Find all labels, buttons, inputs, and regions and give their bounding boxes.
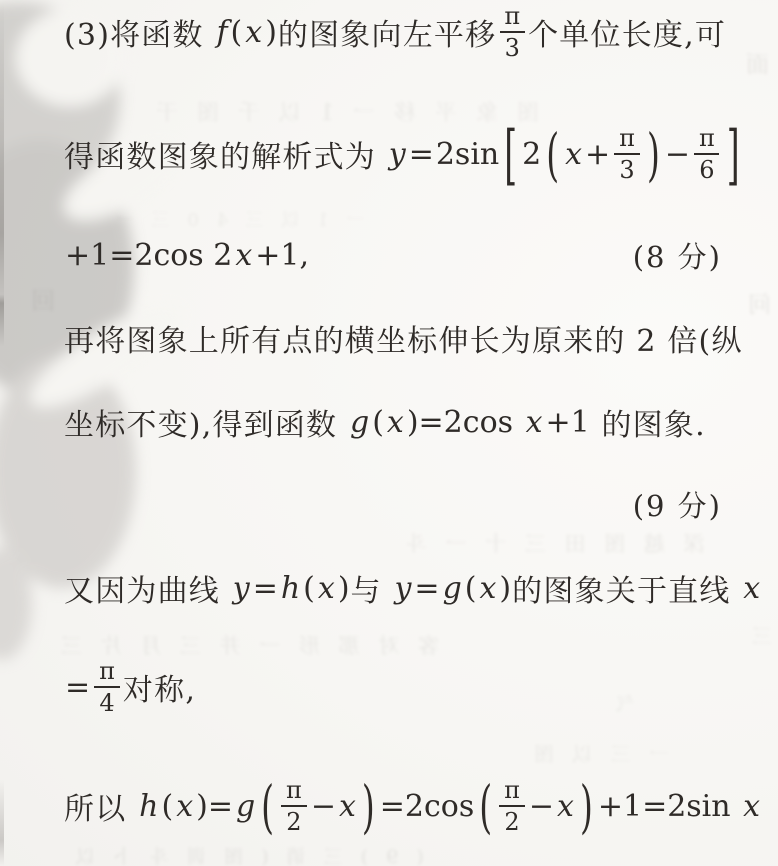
fraction: π3 [614, 126, 640, 182]
math-run: − [665, 137, 690, 172]
solution-line-5: 坐标不变),得到函数 g(x)=2cos x+1 的图象. [64, 403, 722, 441]
text-run: 得函数图象的解析式为 [64, 132, 387, 176]
text-run: 的图象关于直线 [512, 566, 741, 610]
math-run: = [253, 571, 278, 606]
text-run: 的图象向左平移 [278, 10, 496, 54]
math-run: ) [580, 772, 593, 839]
bleed-through-ghost: ( 9 ) 三 诮 ( 图 训 斗 卜 以 [70, 842, 424, 866]
text-run: (3)将函数 [64, 10, 214, 54]
math-run: )= [196, 789, 233, 824]
math-run: ( [261, 772, 274, 839]
math-run: x [565, 137, 582, 172]
math-run: ( [303, 571, 315, 606]
scanned-page: 图 象 平 移 一 1 以 千 图 干一 1 以 三 4 0 三 一回深 越 图… [0, 0, 778, 866]
math-run: ) [362, 772, 375, 839]
math-run: x [743, 789, 760, 824]
fraction-denominator: 2 [281, 805, 306, 834]
math-run: y [233, 571, 250, 606]
math-run: +1=2sin [598, 789, 740, 824]
solution-line-1: (3)将函数 f(x)的图象向左平移π3个单位长度,可 [64, 3, 722, 61]
line-9-content: 所以 h(x)=g(π2−x)=2cos(π2−x)+1=2sin x [64, 778, 762, 834]
math-run: ( [231, 15, 243, 50]
math-run: ) [499, 571, 511, 606]
bleed-through-ghost: 一 1 以 三 4 0 三 一 [110, 206, 364, 232]
math-run: g [350, 405, 369, 440]
fraction: π3 [499, 4, 525, 60]
math-run: x [318, 571, 335, 606]
fraction-numerator: π [694, 126, 720, 153]
line-7-content: 又因为曲线 y=h(x)与 y=g(x)的图象关于直线 x [64, 566, 762, 610]
bleed-through-ghost: 回 [25, 281, 55, 316]
math-run: ( [479, 772, 492, 839]
math-run: h [139, 789, 158, 824]
math-run: )=2cos [407, 405, 523, 440]
math-run: ) [265, 15, 277, 50]
math-run: ( [161, 789, 173, 824]
math-run: x [557, 789, 574, 824]
math-run: ) [338, 571, 350, 606]
line-2-content: 得函数图象的解析式为 y=2sin[2(x+π3)−π6] [64, 126, 744, 182]
bleed-through-ghost: 面 [740, 46, 769, 79]
text-run: 再将图象上所有点的横坐标伸长为原来的 2 倍(纵 [64, 316, 743, 360]
fraction: π2 [281, 778, 307, 834]
fraction-numerator: π [94, 659, 120, 686]
math-run: 2sin [436, 137, 499, 172]
math-run: +1 [546, 405, 590, 440]
math-run: x [526, 405, 543, 440]
fraction-numerator: π [281, 778, 307, 805]
math-run: = [65, 670, 90, 705]
solution-line-4: 再将图象上所有点的横坐标伸长为原来的 2 倍(纵 [64, 319, 722, 357]
math-run: +1, [255, 238, 309, 273]
math-run: [ [504, 116, 517, 192]
math-run: x [235, 238, 252, 273]
math-run: − [311, 789, 336, 824]
text-run: 所以 [64, 784, 137, 828]
math-run: f [216, 15, 227, 50]
line-3-content: +1=2cos 2x+1, [64, 238, 310, 273]
text-run: 与 [351, 566, 393, 610]
math-run: ) [647, 120, 660, 187]
line-8-content: =π4对称, [64, 659, 196, 715]
bleed-through-ghost: 问 [742, 286, 771, 319]
math-run: x [245, 15, 262, 50]
fraction: π6 [694, 126, 720, 182]
math-run: = [409, 137, 434, 172]
bleed-through-ghost: 一 三 以 图 [528, 738, 669, 767]
math-run: x [387, 405, 404, 440]
text-run: 个单位长度,可 [528, 10, 726, 54]
math-run: + [585, 137, 610, 172]
text-run: 又因为曲线 [64, 566, 231, 610]
math-run: x [339, 789, 356, 824]
math-run: y [389, 137, 406, 172]
math-run: =2cos [380, 789, 474, 824]
line-5-content: 坐标不变),得到函数 g(x)=2cos x+1 的图象. [64, 400, 706, 444]
line-1-content: (3)将函数 f(x)的图象向左平移π3个单位长度,可 [64, 4, 726, 60]
math-run: x [480, 571, 497, 606]
text-run: 对称, [123, 665, 196, 709]
math-run: = [414, 571, 439, 606]
fraction-denominator: 6 [694, 153, 719, 182]
fraction: π2 [499, 778, 525, 834]
bleed-through-ghost: 三 [746, 620, 772, 649]
fraction-denominator: 3 [500, 31, 525, 60]
fraction: π4 [94, 659, 120, 715]
fraction-numerator: π [499, 4, 525, 31]
bleed-through-ghost: 客 对 那 形 一 并 三 月 片 三 [55, 630, 439, 660]
scan-edge-shadow [0, 0, 4, 866]
math-run: ( [372, 405, 384, 440]
math-run: g [443, 571, 462, 606]
solution-line-8: =π4对称, [64, 658, 722, 716]
math-run: x [176, 789, 193, 824]
math-run: ( [546, 120, 559, 187]
solution-line-2: 得函数图象的解析式为 y=2sin[2(x+π3)−π6] [64, 122, 722, 186]
math-run: x [743, 571, 760, 606]
math-run: g [236, 789, 255, 824]
math-run: y [394, 571, 411, 606]
solution-line-7: 又因为曲线 y=h(x)与 y=g(x)的图象关于直线 x [64, 569, 722, 607]
bleed-through-ghost: 深 越 图 田 三 十 一 斗 [400, 528, 705, 558]
fraction-denominator: 2 [499, 805, 524, 834]
line-4-content: 再将图象上所有点的横坐标伸长为原来的 2 倍(纵 [64, 316, 743, 360]
solution-line-9: 所以 h(x)=g(π2−x)=2cos(π2−x)+1=2sin x [64, 776, 722, 836]
fraction-numerator: π [499, 778, 525, 805]
text-run: 的图象. [591, 400, 706, 444]
math-run: ] [727, 116, 740, 192]
solution-line-3: +1=2cos 2x+1, (8 分) [64, 236, 722, 274]
fraction-denominator: 4 [94, 686, 119, 715]
math-run: − [529, 789, 554, 824]
fraction-numerator: π [614, 126, 640, 153]
solution-line-6: (9 分) [64, 485, 722, 523]
fraction-denominator: 3 [614, 153, 639, 182]
text-run: 坐标不变),得到函数 [64, 400, 348, 444]
score-mark-9: (9 分) [633, 484, 722, 525]
math-run: ( [465, 571, 477, 606]
score-mark-8: (8 分) [633, 235, 722, 276]
math-run: 2 [522, 137, 541, 172]
math-run: +1=2cos 2 [65, 238, 232, 273]
math-run: h [281, 571, 300, 606]
